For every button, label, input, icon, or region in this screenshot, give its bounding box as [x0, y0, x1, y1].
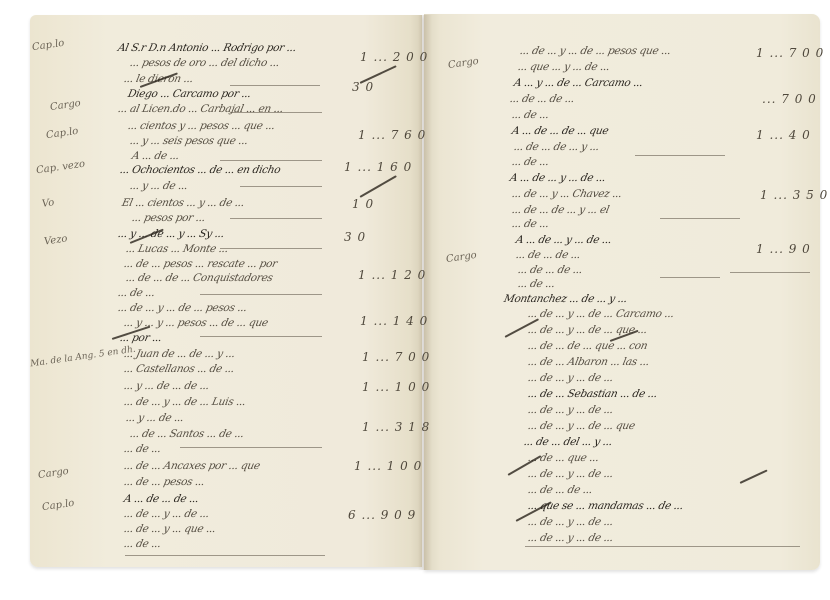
- entry-separator: [230, 218, 322, 219]
- text-line: ... pesos de oro ... del dicho ...: [129, 57, 281, 69]
- entry-separator: [125, 555, 325, 556]
- amount: 1 ... 1 6 0: [344, 160, 412, 174]
- text-line: ... de ... y ... de ... Carcamo ...: [527, 308, 675, 320]
- text-line: ... de ... y ... de ... pesos que ...: [519, 45, 672, 57]
- amount: 1 0: [352, 197, 374, 211]
- text-line: ... de ...: [511, 109, 550, 121]
- text-line: ... de ... Sebastian ... de ...: [527, 388, 659, 400]
- amount: 1 ... 7 6 0: [358, 128, 426, 142]
- text-line: ... de ... y ... de ... Luis ...: [123, 396, 247, 408]
- text-line: ... y ... de ...: [129, 180, 189, 192]
- margin-note: Vo: [41, 197, 55, 210]
- amount: 1 ... 7 0 0: [756, 46, 824, 60]
- text-line: ... de ... y ... que ...: [123, 523, 217, 535]
- text-line: ... de ... y ... de ...: [527, 532, 615, 544]
- text-line: Montanchez ... de ... y ...: [503, 293, 629, 305]
- text-line: ... de ... de ...: [517, 264, 584, 276]
- text-line: ... de ... de ... Conquistadores: [125, 272, 274, 284]
- text-line: ... Castellanos ... de ...: [123, 363, 236, 375]
- amount: 1 ... 9 0: [756, 242, 811, 256]
- entry-separator: [180, 447, 322, 448]
- entry-separator: [660, 277, 720, 278]
- text-line: ... que ... y ... de ...: [517, 61, 611, 73]
- text-line: ... de ... de ... y ...: [513, 141, 601, 153]
- entry-separator: [240, 186, 322, 187]
- text-line: ... Juan de ... de ... y ...: [123, 348, 236, 360]
- text-line: ... de ... y ... de ...: [527, 372, 615, 384]
- text-line: A ... de ... de ...: [123, 493, 200, 505]
- text-line: ... de ... y ... de ...: [527, 404, 615, 416]
- text-line: Al S.r D.n Antonio ... Rodrigo por ...: [117, 42, 298, 54]
- amount: 1 ... 3 5 0: [760, 188, 828, 202]
- entry-separator: [200, 336, 322, 337]
- text-line: ... de ... y ... Chavez ...: [511, 188, 623, 200]
- text-line: ... de ... y ... de ...: [527, 516, 615, 528]
- text-line: ... de ... Ancaxes por ... que: [123, 460, 261, 472]
- entry-separator: [220, 160, 322, 161]
- text-line: ... de ... Santos ... de ...: [129, 428, 245, 440]
- text-line: ... de ...: [517, 278, 556, 290]
- text-line: ... de ... pesos ... rescate ... por: [123, 258, 278, 270]
- entry-separator: [230, 85, 320, 86]
- text-line: ... de ...: [511, 218, 550, 230]
- text-line: ... de ... de ... y ... el: [511, 204, 611, 216]
- text-line: ... de ...: [117, 287, 156, 299]
- amount: 3 0: [344, 230, 366, 244]
- text-line: ... de ... Albaron ... las ...: [527, 356, 651, 368]
- text-line: ... de ... del ... y ...: [523, 436, 614, 448]
- text-line: ... cientos y ... pesos ... que ...: [127, 120, 276, 132]
- text-line: ... y ... de ... y ... Sy ...: [117, 228, 226, 240]
- text-line: ... Ochocientos ... de ... en dicho: [119, 164, 282, 176]
- text-line: ... de ... y ... de ...: [527, 468, 615, 480]
- amount: 1 ... 2 0 0: [360, 50, 428, 64]
- text-line: ... de ...: [123, 538, 162, 550]
- text-line: ... de ... pesos ...: [123, 476, 206, 488]
- entry-separator: [660, 218, 740, 219]
- amount: ... 7 0 0: [762, 92, 817, 106]
- text-line: ... Lucas ... Monte ...: [125, 243, 230, 255]
- text-line: A ... de ... de ... que: [511, 125, 610, 137]
- right-page: [424, 14, 820, 570]
- text-line: ... pesos por ...: [131, 212, 207, 224]
- text-line: ... de ... y ... de ... pesos ...: [117, 302, 248, 314]
- text-line: ... de ... y ... de ...: [123, 508, 211, 520]
- text-line: ... de ... de ...: [515, 249, 582, 261]
- entry-separator: [220, 248, 322, 249]
- text-line: ... de ... de ... que ... con: [527, 340, 649, 352]
- amount: 1 ... 1 4 0: [360, 314, 428, 328]
- text-line: A ... de ...: [131, 150, 181, 162]
- text-line: ... de ...: [123, 443, 162, 455]
- text-line: A ... y ... de ... Carcamo ...: [513, 77, 644, 89]
- text-line: Diego ... Carcamo por ...: [127, 88, 252, 100]
- text-line: ... al Licen.do ... Carbajal ... en ...: [117, 103, 285, 115]
- amount: 1 ... 1 0 0: [354, 459, 422, 473]
- text-line: El ... cientos ... y ... de ...: [121, 197, 246, 209]
- text-line: ... y ... seis pesos que ...: [129, 135, 249, 147]
- amount: 1 ... 3 1 8: [362, 420, 430, 434]
- amount: 1 ... 1 2 0: [358, 268, 426, 282]
- text-line: ... de ... de ...: [509, 93, 576, 105]
- amount: 6 ... 9 0 9: [348, 508, 416, 522]
- text-line: ... y ... de ...: [125, 412, 185, 424]
- text-line: ... de ... de ...: [527, 484, 594, 496]
- amount: 1 ... 1 0 0: [362, 380, 430, 394]
- entry-separator: [525, 546, 800, 547]
- entry-separator: [730, 272, 810, 273]
- book-gutter: [418, 15, 432, 570]
- amount: 1 ... 4 0: [756, 128, 811, 142]
- entry-separator: [230, 112, 322, 113]
- text-line: ... de ...: [511, 156, 550, 168]
- amount: 1 ... 7 0 0: [362, 350, 430, 364]
- text-line: A ... de ... y ... de ...: [515, 234, 613, 246]
- text-line: A ... de ... y ... de ...: [509, 172, 607, 184]
- text-line: ... y ... de ... de ...: [123, 380, 211, 392]
- text-line: ... de ... y ... de ... que: [527, 420, 636, 432]
- entry-separator: [200, 294, 322, 295]
- entry-separator: [635, 155, 725, 156]
